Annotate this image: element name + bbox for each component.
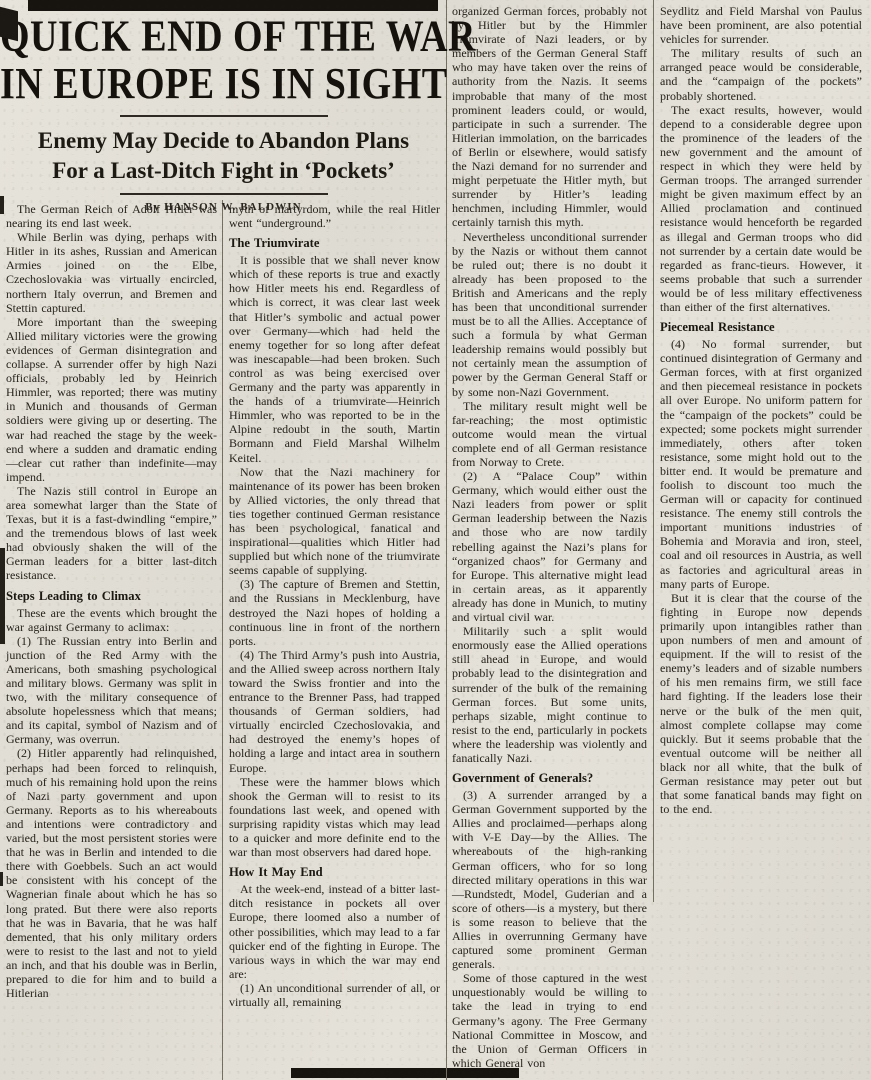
article-paragraph: (3) A surrender arranged by a German Gov… xyxy=(452,788,647,971)
edge-ink-mark xyxy=(0,548,5,644)
divider-rule xyxy=(120,115,328,117)
article-paragraph: (1) The Russian entry into Berlin and ju… xyxy=(6,634,217,747)
article-paragraph: While Berlin was dying, perhaps with Hit… xyxy=(6,230,217,315)
article-paragraph: These are the events which brought the w… xyxy=(6,606,217,634)
article-paragraph: At the week-end, instead of a bitter las… xyxy=(229,882,440,981)
article-paragraph: (1) An unconditional surrender of all, o… xyxy=(229,981,440,1009)
article-column-4: Seydlitz and Field Marshal von Paulus ha… xyxy=(660,4,862,816)
subhead-line-2: For a Last-Ditch Fight in ‘Pockets’ xyxy=(0,156,447,186)
article-paragraph: (2) A “Palace Coup” within Germany, whic… xyxy=(452,469,647,624)
article-paragraph: But it is clear that the course of the f… xyxy=(660,591,862,817)
headline-line-2: IN EUROPE IS IN SIGHT xyxy=(0,61,447,108)
article-paragraph: The exact results, however, would depend… xyxy=(660,103,862,314)
article-paragraph: Nevertheless unconditional surrender by … xyxy=(452,230,647,399)
edge-ink-mark xyxy=(0,872,3,886)
headline-block: QUICK END OF THE WAR IN EUROPE IS IN SIG… xyxy=(0,0,447,198)
article-paragraph: The military results of such an arranged… xyxy=(660,46,862,102)
top-ink-bar xyxy=(28,0,438,11)
article-paragraph: (4) The Third Army’s push into Austria, … xyxy=(229,648,440,775)
article-column-2: myth of martyrdom, while the real Hitler… xyxy=(229,202,440,1009)
subheadline: Enemy May Decide to Abandon Plans For a … xyxy=(0,126,447,186)
headline-line-1: QUICK END OF THE WAR xyxy=(0,14,447,61)
article-paragraph: (3) The capture of Bremen and Stettin, a… xyxy=(229,577,440,647)
corner-ink-mark xyxy=(0,7,18,41)
byline: By HANSON W. BALDWIN xyxy=(0,201,447,213)
article-paragraph: Seydlitz and Field Marshal von Paulus ha… xyxy=(660,4,862,46)
article-paragraph: Some of those captured in the west unque… xyxy=(452,971,647,1070)
article-paragraph: Militarily such a split would enormously… xyxy=(452,624,647,765)
column-divider xyxy=(222,200,223,1080)
column-divider xyxy=(653,0,654,902)
section-heading: Steps Leading to Climax xyxy=(6,589,217,604)
article-column-3: organized German forces, probably not by… xyxy=(452,4,647,1070)
article-paragraph: These were the hammer blows which shook … xyxy=(229,775,440,860)
article-paragraph: It is possible that we shall never know … xyxy=(229,253,440,464)
article-paragraph: (4) No formal surrender, but continued d… xyxy=(660,337,862,591)
article-paragraph: More important than the sweeping Allied … xyxy=(6,315,217,484)
newspaper-page: QUICK END OF THE WAR IN EUROPE IS IN SIG… xyxy=(0,0,871,1080)
article-paragraph: The military result might well be far-re… xyxy=(452,399,647,469)
article-paragraph: organized German forces, probably not by… xyxy=(452,4,647,230)
article-paragraph: (2) Hitler apparently had relinquished, … xyxy=(6,746,217,1000)
article-paragraph: The Nazis still control in Europe an are… xyxy=(6,484,217,583)
divider-rule xyxy=(120,193,328,195)
section-heading: Piecemeal Resistance xyxy=(660,320,862,335)
main-headline: QUICK END OF THE WAR IN EUROPE IS IN SIG… xyxy=(0,14,447,107)
section-heading: Government of Generals? xyxy=(452,771,647,786)
section-heading: How It May End xyxy=(229,865,440,880)
article-column-1: The German Reich of Adolf Hitler was nea… xyxy=(6,202,217,1000)
article-paragraph: Now that the Nazi machinery for maintena… xyxy=(229,465,440,578)
subhead-line-1: Enemy May Decide to Abandon Plans xyxy=(0,126,447,156)
section-heading: The Triumvirate xyxy=(229,236,440,251)
